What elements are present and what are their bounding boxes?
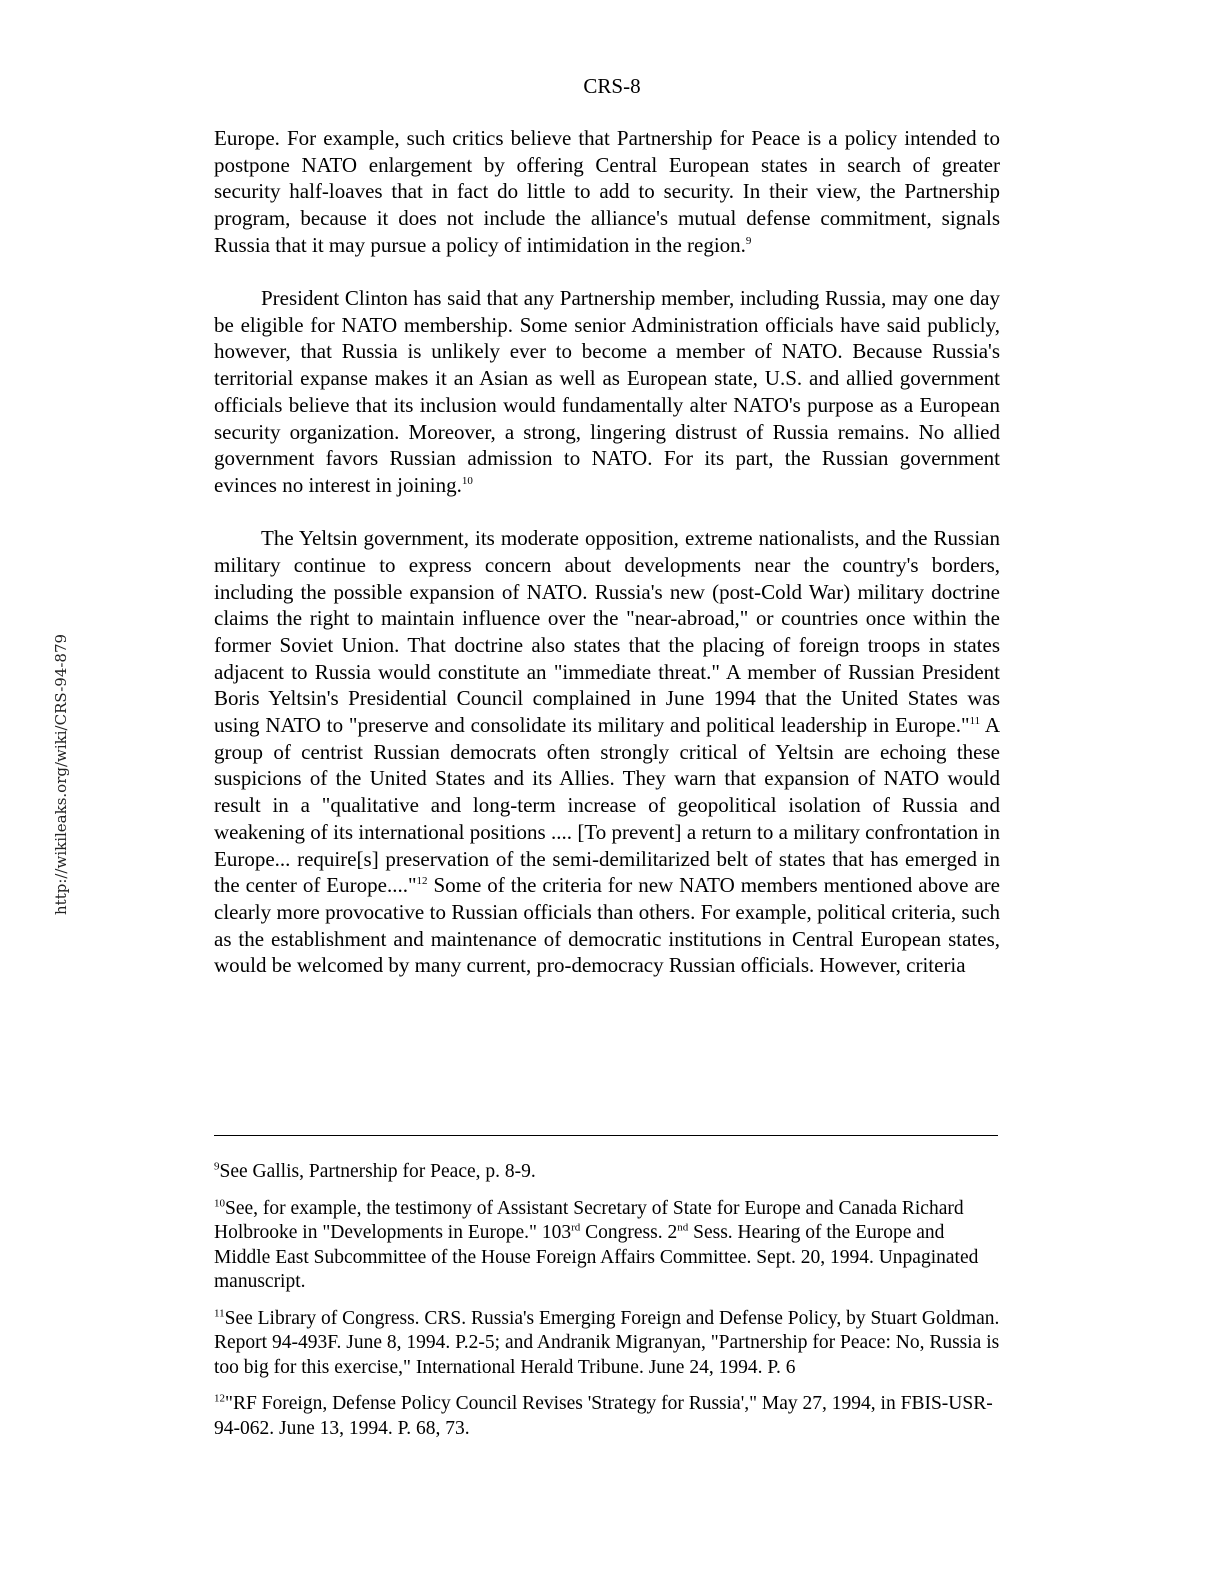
- footnote-separator: [214, 1135, 998, 1136]
- paragraph-3: The Yeltsin government, its moderate opp…: [214, 525, 1000, 979]
- footnotes: 9See Gallis, Partnership for Peace, p. 8…: [214, 1160, 1000, 1453]
- paragraph-text: The Yeltsin government, its moderate opp…: [214, 526, 1000, 737]
- footnote-text: See Gallis, Partnership for Peace, p. 8-…: [220, 1161, 536, 1182]
- footnote-ref-10: 10: [462, 475, 473, 487]
- footnote-text: Congress. 2: [580, 1222, 677, 1243]
- footnote-ref-11: 11: [970, 715, 981, 727]
- paragraph-text: A group of centrist Russian democrats of…: [214, 713, 1000, 897]
- footnote-ref-9: 9: [746, 235, 752, 247]
- paragraph-text: President Clinton has said that any Part…: [214, 286, 1000, 497]
- footnote-number: 12: [214, 1393, 225, 1405]
- footnote-10: 10See, for example, the testimony of Ass…: [214, 1197, 1000, 1295]
- paragraph-2: President Clinton has said that any Part…: [214, 285, 1000, 499]
- paragraph-1: Europe. For example, such critics believ…: [214, 125, 1000, 259]
- footnote-ref-12: 12: [417, 875, 428, 887]
- footnote-11: 11See Library of Congress. CRS. Russia's…: [214, 1307, 1000, 1381]
- footnote-number: 10: [214, 1197, 225, 1209]
- footnote-number: 11: [214, 1307, 225, 1319]
- paragraph-text: Europe. For example, such critics believ…: [214, 126, 1000, 257]
- footnote-12: 12"RF Foreign, Defense Policy Council Re…: [214, 1392, 1000, 1441]
- body-text: Europe. For example, such critics believ…: [214, 125, 1000, 1006]
- footnote-text: "RF Foreign, Defense Policy Council Revi…: [214, 1393, 993, 1439]
- page-header: CRS-8: [0, 74, 1224, 99]
- side-url-watermark: http://wikileaks.org/wiki/CRS-94-879: [52, 585, 70, 915]
- ordinal-suffix: rd: [571, 1222, 580, 1234]
- footnote-text: See Library of Congress. CRS. Russia's E…: [214, 1308, 999, 1378]
- footnote-9: 9See Gallis, Partnership for Peace, p. 8…: [214, 1160, 1000, 1185]
- ordinal-suffix: nd: [677, 1222, 688, 1234]
